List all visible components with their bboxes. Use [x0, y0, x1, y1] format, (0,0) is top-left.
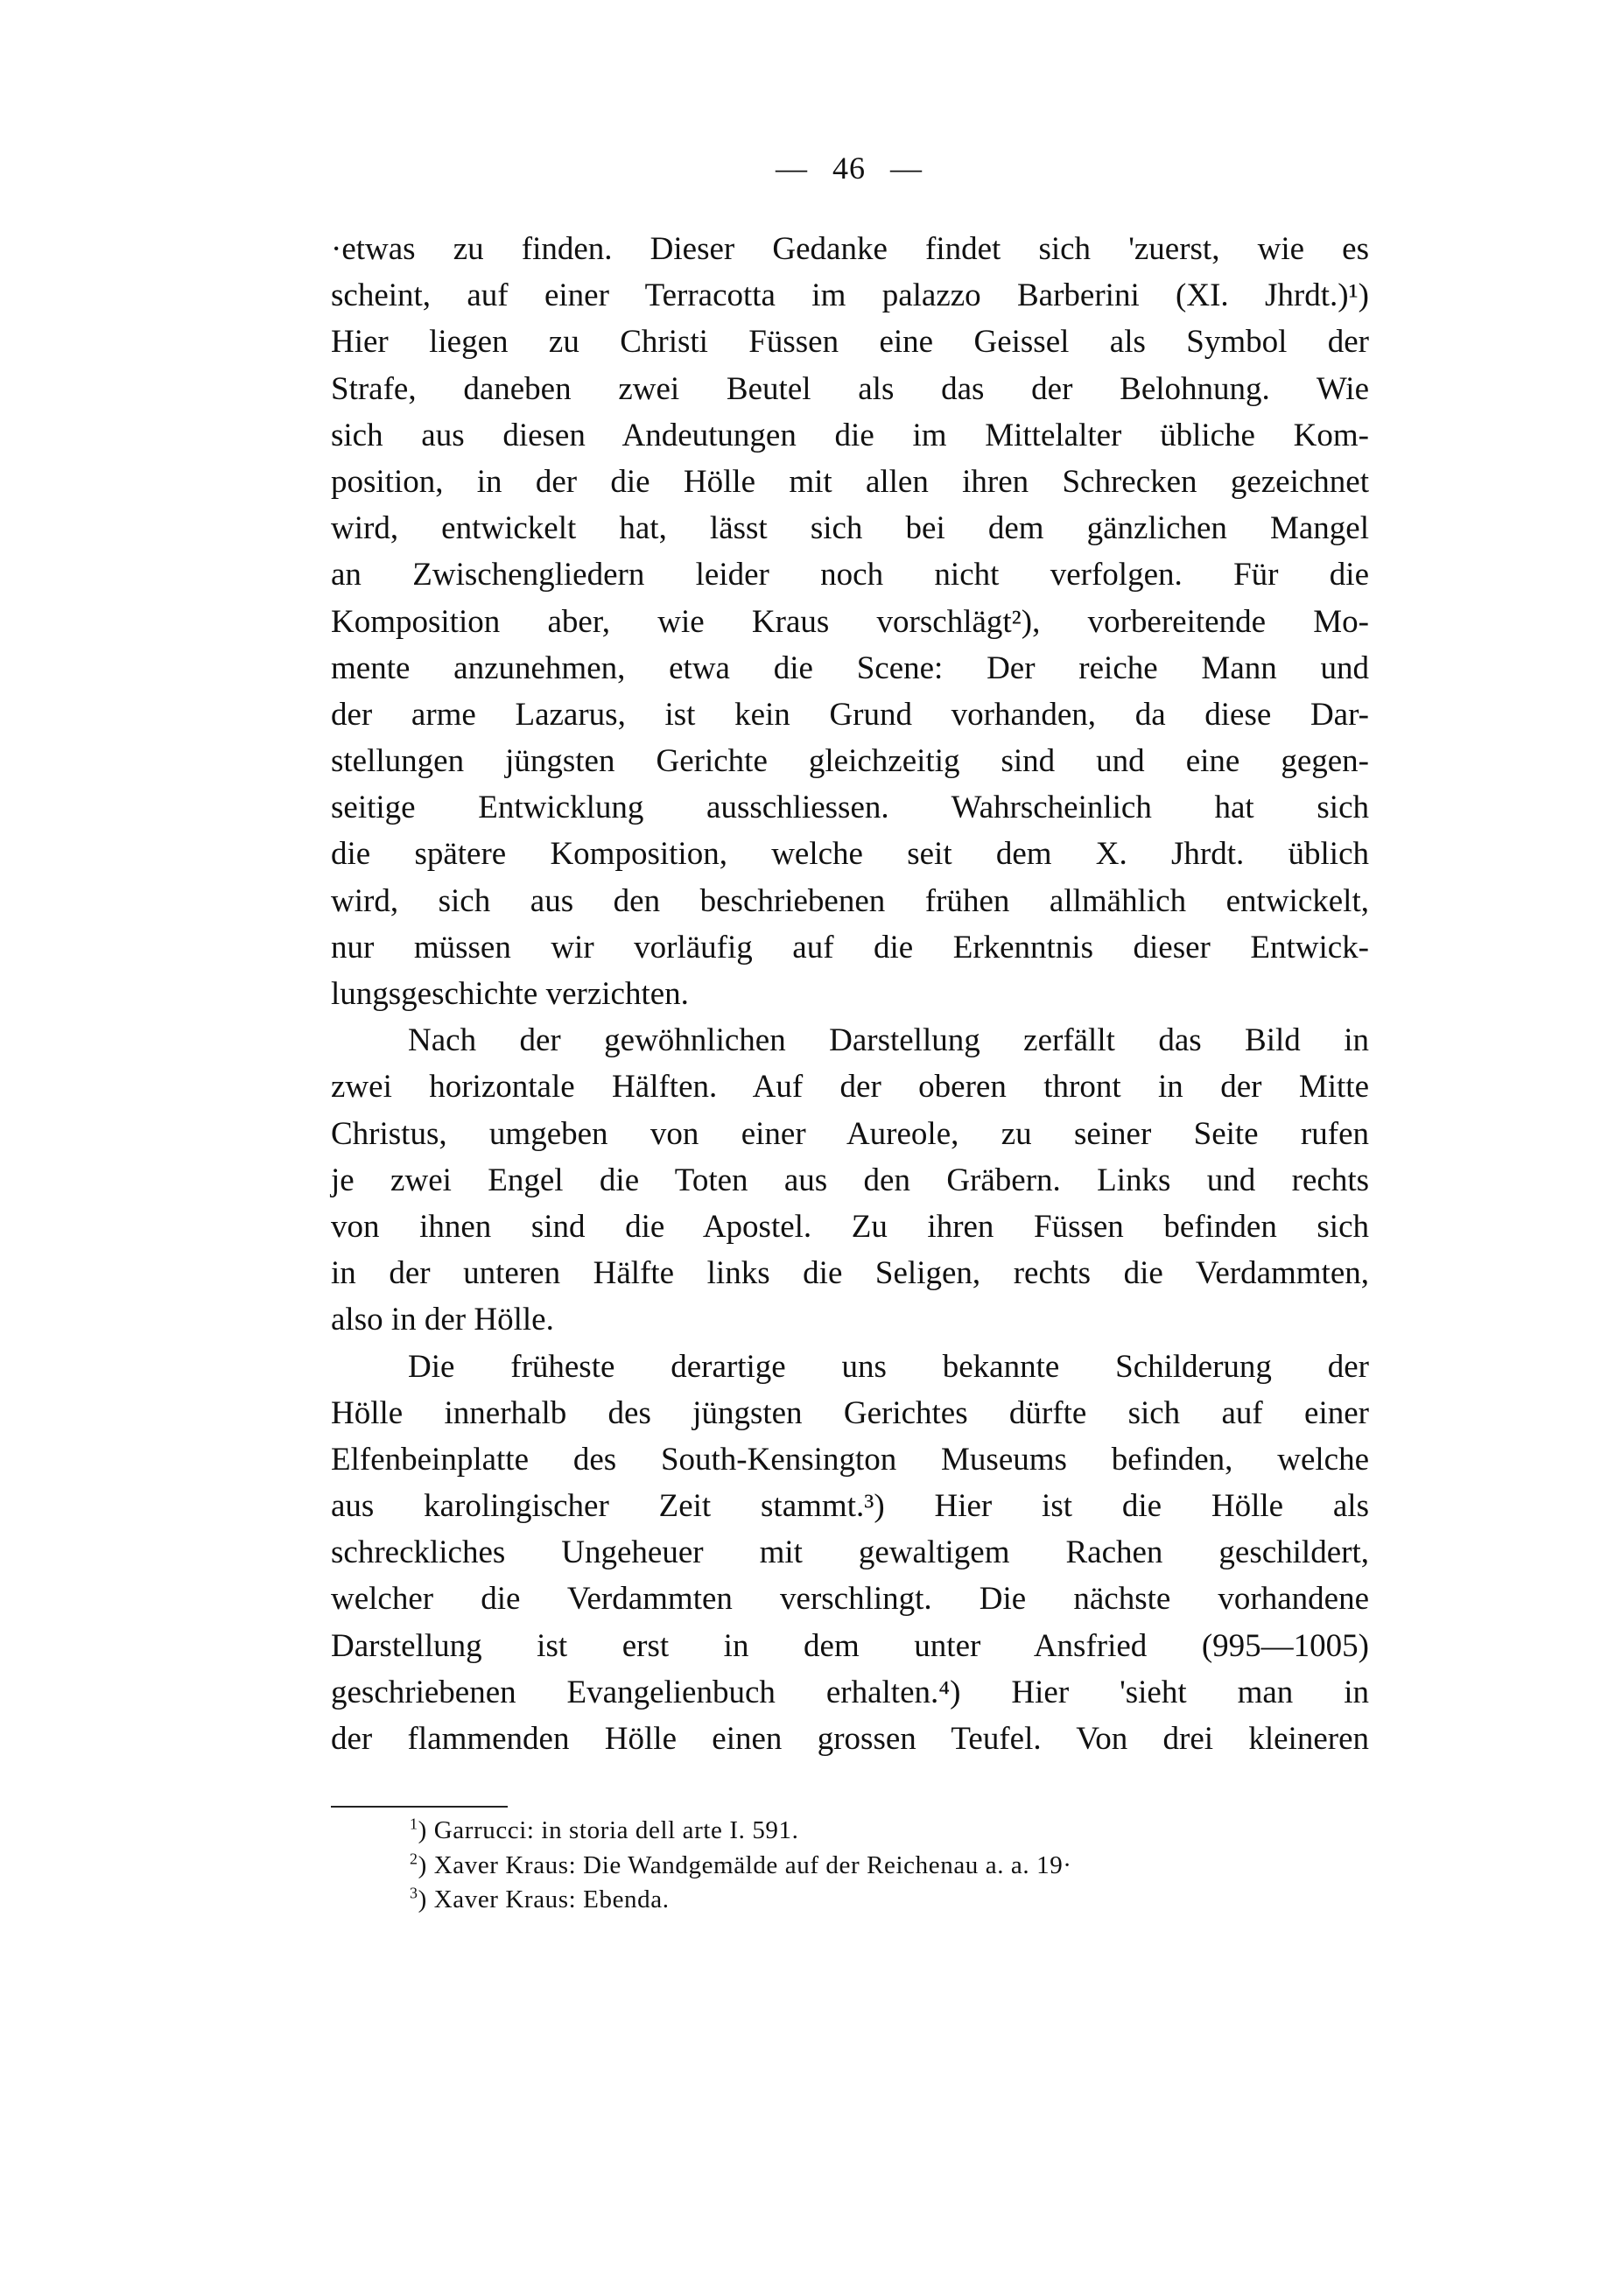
text-line: lungsgeschichte verzichten.	[331, 971, 1369, 1017]
text-line: also in der Hölle.	[331, 1296, 1369, 1343]
paragraph-3: Die früheste derartige uns bekannte Schi…	[331, 1344, 1369, 1763]
text-line: wird, entwickelt hat, lässt sich bei dem…	[331, 505, 1369, 551]
text-line: seitige Entwicklung ausschliessen. Wahrs…	[331, 784, 1369, 831]
text-line: in der unteren Hälfte links die Seligen,…	[331, 1250, 1369, 1296]
text-line: ·etwas zu finden. Dieser Gedanke findet …	[331, 226, 1369, 272]
text-line: Die früheste derartige uns bekannte Schi…	[331, 1344, 1369, 1390]
paragraph-2: Nach der gewöhnlichen Darstellung zerfäl…	[331, 1017, 1369, 1343]
text-line: mente anzunehmen, etwa die Scene: Der re…	[331, 645, 1369, 692]
text-line: der arme Lazarus, ist kein Grund vorhand…	[331, 692, 1369, 738]
text-line: Komposition aber, wie Kraus vorschlägt²)…	[331, 599, 1369, 645]
footnotes: 1) Garrucci: in storia dell arte I. 591.…	[410, 1814, 1373, 1918]
footnote-2: 2) Xaver Kraus: Die Wandgemälde auf der …	[410, 1849, 1373, 1884]
body-text: ·etwas zu finden. Dieser Gedanke findet …	[331, 226, 1369, 1762]
text-line: die spätere Komposition, welche seit dem…	[331, 831, 1369, 877]
page-number: — 46 —	[0, 149, 1608, 187]
footnote-mark: 3	[410, 1884, 418, 1901]
footnote-1: 1) Garrucci: in storia dell arte I. 591.	[410, 1814, 1373, 1849]
text-line: an Zwischengliedern leider noch nicht ve…	[331, 551, 1369, 598]
text-line: wird, sich aus den beschriebenen frühen …	[331, 878, 1369, 924]
footnote-text: ) Xaver Kraus: Ebenda.	[418, 1885, 670, 1913]
text-line: Christus, umgeben von einer Aureole, zu …	[331, 1111, 1369, 1157]
text-line: aus karolingischer Zeit stammt.³) Hier i…	[331, 1483, 1369, 1529]
paragraph-1: ·etwas zu finden. Dieser Gedanke findet …	[331, 226, 1369, 1017]
text-line: sich aus diesen Andeutungen die im Mitte…	[331, 412, 1369, 459]
footnote-separator	[331, 1806, 508, 1808]
footnote-text: ) Garrucci: in storia dell arte I. 591.	[418, 1816, 799, 1844]
text-line: je zwei Engel die Toten aus den Gräbern.…	[331, 1157, 1369, 1204]
footnote-3: 3) Xaver Kraus: Ebenda.	[410, 1883, 1373, 1918]
text-line: von ihnen sind die Apostel. Zu ihren Füs…	[331, 1204, 1369, 1250]
text-line: geschriebenen Evangelienbuch erhalten.⁴)…	[331, 1669, 1369, 1716]
text-line: Nach der gewöhnlichen Darstellung zerfäl…	[331, 1017, 1369, 1064]
text-line: Darstellung ist erst in dem unter Ansfri…	[331, 1623, 1369, 1669]
text-line: scheint, auf einer Terracotta im palazzo…	[331, 272, 1369, 319]
footnote-text: ) Xaver Kraus: Die Wandgemälde auf der R…	[418, 1851, 1072, 1879]
text-line: nur müssen wir vorläufig auf die Erkennt…	[331, 924, 1369, 971]
text-line: Hier liegen zu Christi Füssen eine Geiss…	[331, 319, 1369, 365]
text-line: position, in der die Hölle mit allen ihr…	[331, 459, 1369, 505]
text-line: Hölle innerhalb des jüngsten Gerichtes d…	[331, 1390, 1369, 1436]
document-page: — 46 — ·etwas zu finden. Dieser Gedanke …	[0, 0, 1608, 2296]
text-line: welcher die Verdammten verschlingt. Die …	[331, 1576, 1369, 1622]
text-line: schreckliches Ungeheuer mit gewaltigem R…	[331, 1529, 1369, 1576]
text-line: der flammenden Hölle einen grossen Teufe…	[331, 1716, 1369, 1762]
footnote-mark: 1	[410, 1815, 418, 1832]
text-line: zwei horizontale Hälften. Auf der oberen…	[331, 1064, 1369, 1110]
text-line: stellungen jüngsten Gerichte gleichzeiti…	[331, 738, 1369, 784]
text-line: Strafe, daneben zwei Beutel als das der …	[331, 366, 1369, 412]
text-line: Elfenbeinplatte des South-Kensington Mus…	[331, 1436, 1369, 1483]
footnote-mark: 2	[410, 1850, 418, 1867]
